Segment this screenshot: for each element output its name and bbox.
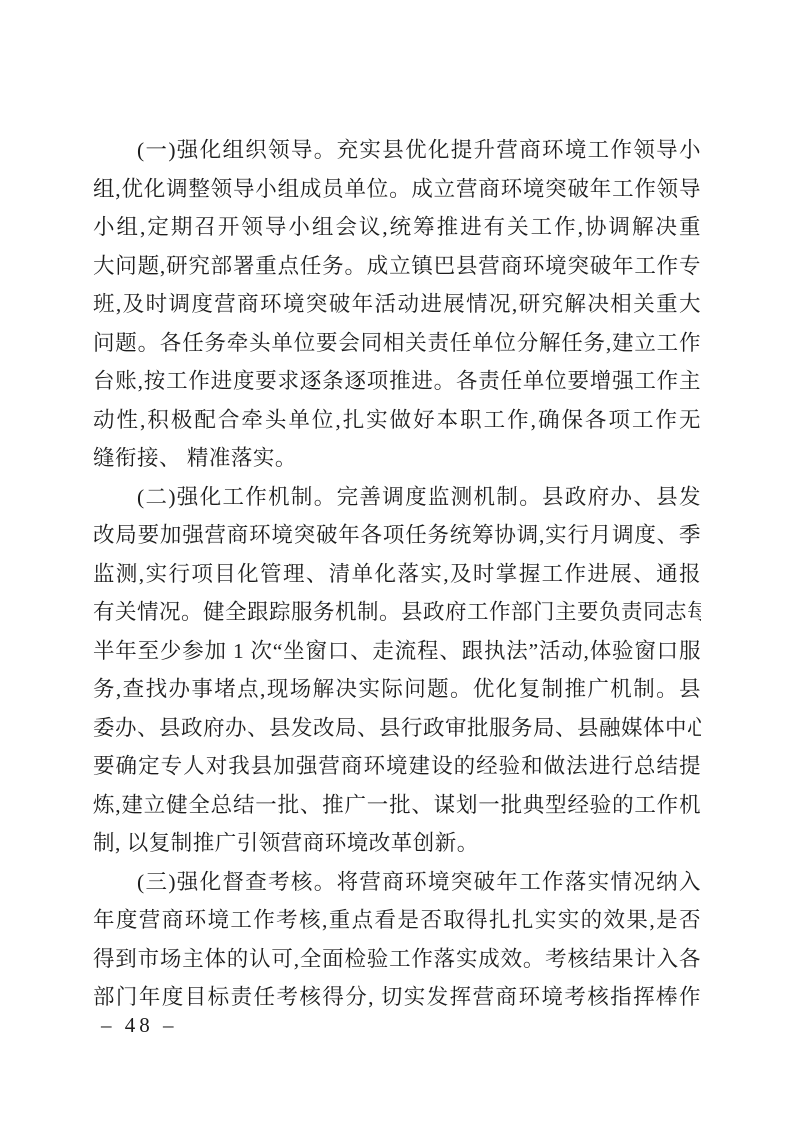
text-line: 部门年度目标责任考核得分, 切实发挥营商环境考核指挥棒作 bbox=[93, 978, 701, 1017]
text-line: 改局要加强营商环境突破年各项任务统筹协调,实行月调度、季 bbox=[93, 516, 701, 555]
paragraph-3-strengthen-supervision-assessment: (三)强化督查考核。将营商环境突破年工作落实情况纳入年度营商环境工作考核,重点看… bbox=[93, 863, 701, 1017]
text-line: 炼,建立健全总结一批、推广一批、谋划一批典型经验的工作机 bbox=[93, 786, 701, 825]
text-line: 组,优化调整领导小组成员单位。成立营商环境突破年工作领导 bbox=[93, 170, 701, 209]
text-line: 委办、县政府办、县发改局、县行政审批服务局、县融媒体中心 bbox=[93, 709, 701, 748]
text-line: 监测,实行项目化管理、清单化落实,及时掌握工作进展、通报 bbox=[93, 555, 701, 594]
text-line: 务,查找办事堵点,现场解决实际问题。优化复制推广机制。县 bbox=[93, 670, 701, 709]
text-line: 班,及时调度营商环境突破年活动进展情况,研究解决相关重大 bbox=[93, 285, 701, 324]
text-line: (一)强化组织领导。充实县优化提升营商环境工作领导小 bbox=[93, 131, 701, 170]
text-line: 要确定专人对我县加强营商环境建设的经验和做法进行总结提 bbox=[93, 747, 701, 786]
text-line: 有关情况。健全跟踪服务机制。县政府工作部门主要负责同志每 bbox=[93, 593, 701, 632]
text-line: 制, 以复制推广引领营商环境改革创新。 bbox=[93, 824, 701, 863]
page-number: – 48 – bbox=[101, 1010, 178, 1040]
text-line: 问题。各任务牵头单位要会同相关责任单位分解任务,建立工作 bbox=[93, 324, 701, 363]
text-line: 得到市场主体的认可,全面检验工作落实成效。考核结果计入各 bbox=[93, 940, 701, 979]
text-line: 年度营商环境工作考核,重点看是否取得扎扎实实的效果,是否 bbox=[93, 901, 701, 940]
text-line: 台账,按工作进度要求逐条逐项推进。各责任单位要增强工作主 bbox=[93, 362, 701, 401]
document-page: (一)强化组织领导。充实县优化提升营商环境工作领导小组,优化调整领导小组成员单位… bbox=[0, 0, 793, 1122]
paragraph-1-strengthen-organizational-leadership: (一)强化组织领导。充实县优化提升营商环境工作领导小组,优化调整领导小组成员单位… bbox=[93, 131, 701, 478]
text-line: (二)强化工作机制。完善调度监测机制。县政府办、县发 bbox=[93, 478, 701, 517]
text-line: 动性,积极配合牵头单位,扎实做好本职工作,确保各项工作无 bbox=[93, 401, 701, 440]
paragraph-2-strengthen-work-mechanism: (二)强化工作机制。完善调度监测机制。县政府办、县发改局要加强营商环境突破年各项… bbox=[93, 478, 701, 863]
text-line: (三)强化督查考核。将营商环境突破年工作落实情况纳入 bbox=[93, 863, 701, 902]
text-line: 半年至少参加 1 次“坐窗口、走流程、跟执法”活动,体验窗口服 bbox=[93, 632, 701, 671]
text-line: 小组,定期召开领导小组会议,统筹推进有关工作,协调解决重 bbox=[93, 208, 701, 247]
text-line: 缝衔接、 精准落实。 bbox=[93, 439, 701, 478]
document-body: (一)强化组织领导。充实县优化提升营商环境工作领导小组,优化调整领导小组成员单位… bbox=[93, 131, 701, 1017]
text-line: 大问题,研究部署重点任务。成立镇巴县营商环境突破年工作专 bbox=[93, 247, 701, 286]
